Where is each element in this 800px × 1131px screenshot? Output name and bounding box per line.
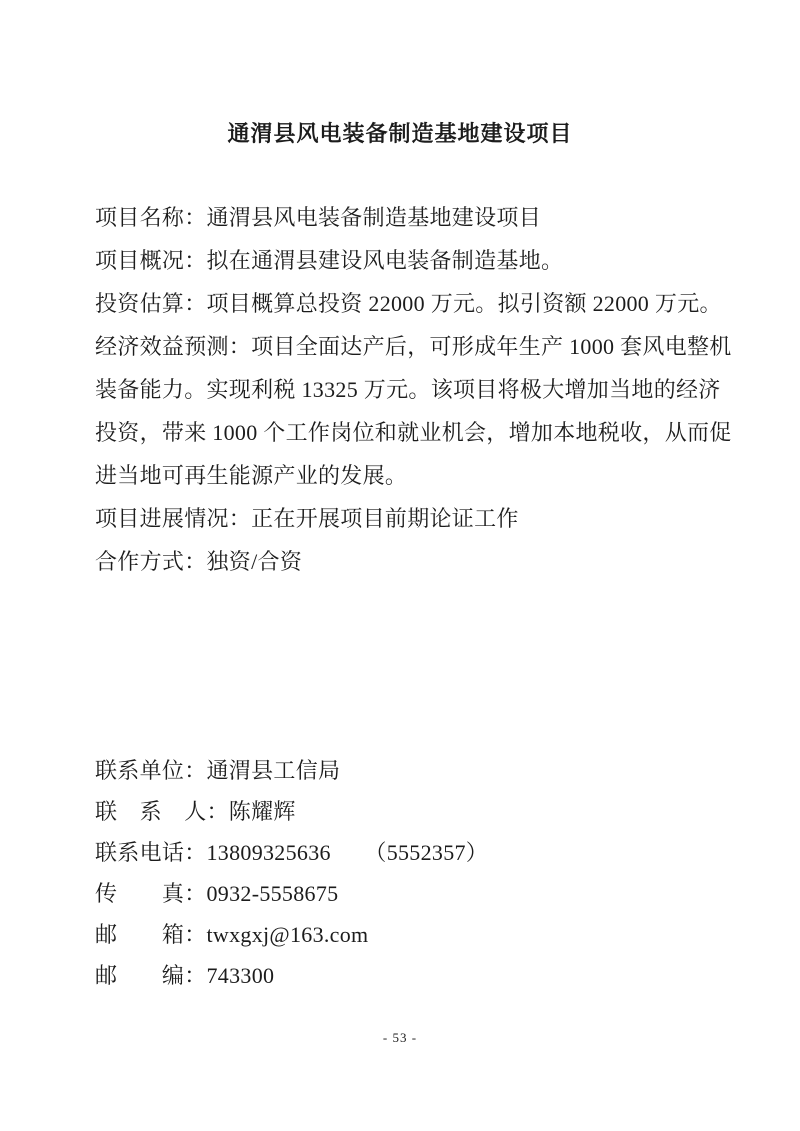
body-line: 装备能力。实现利税 13325 万元。该项目将极大增加当地的经济 <box>95 368 720 411</box>
document-title: 通渭县风电装备制造基地建设项目 <box>0 118 800 150</box>
contact-line-person: 联 系 人：陈耀辉 <box>95 791 720 832</box>
body-line: 合作方式：独资/合资 <box>95 540 720 583</box>
body-line: 投资估算：项目概算总投资 22000 万元。拟引资额 22000 万元。 <box>95 282 720 325</box>
document-page: 通渭县风电装备制造基地建设项目 项目名称：通渭县风电装备制造基地建设项目 项目概… <box>0 0 800 1131</box>
contact-block: 联系单位：通渭县工信局 联 系 人：陈耀辉 联系电话：13809325636 （… <box>95 750 720 996</box>
contact-line-unit: 联系单位：通渭县工信局 <box>95 750 720 791</box>
body-line: 投资，带来 1000 个工作岗位和就业机会，增加本地税收，从而促 <box>95 411 720 454</box>
body-line: 项目名称：通渭县风电装备制造基地建设项目 <box>95 196 720 239</box>
body-text-block: 项目名称：通渭县风电装备制造基地建设项目 项目概况：拟在通渭县建设风电装备制造基… <box>95 196 720 583</box>
contact-line-fax: 传 真：0932-5558675 <box>95 873 720 914</box>
contact-line-postcode: 邮 编：743300 <box>95 955 720 996</box>
body-line: 项目概况：拟在通渭县建设风电装备制造基地。 <box>95 239 720 282</box>
contact-line-phone: 联系电话：13809325636 （5552357） <box>95 832 720 873</box>
body-line: 进当地可再生能源产业的发展。 <box>95 454 720 497</box>
body-line: 经济效益预测：项目全面达产后，可形成年生产 1000 套风电整机 <box>95 325 720 368</box>
contact-line-email: 邮 箱：twxgxj@163.com <box>95 914 720 955</box>
page-number: - 53 - <box>0 1028 800 1048</box>
body-line: 项目进展情况：正在开展项目前期论证工作 <box>95 497 720 540</box>
